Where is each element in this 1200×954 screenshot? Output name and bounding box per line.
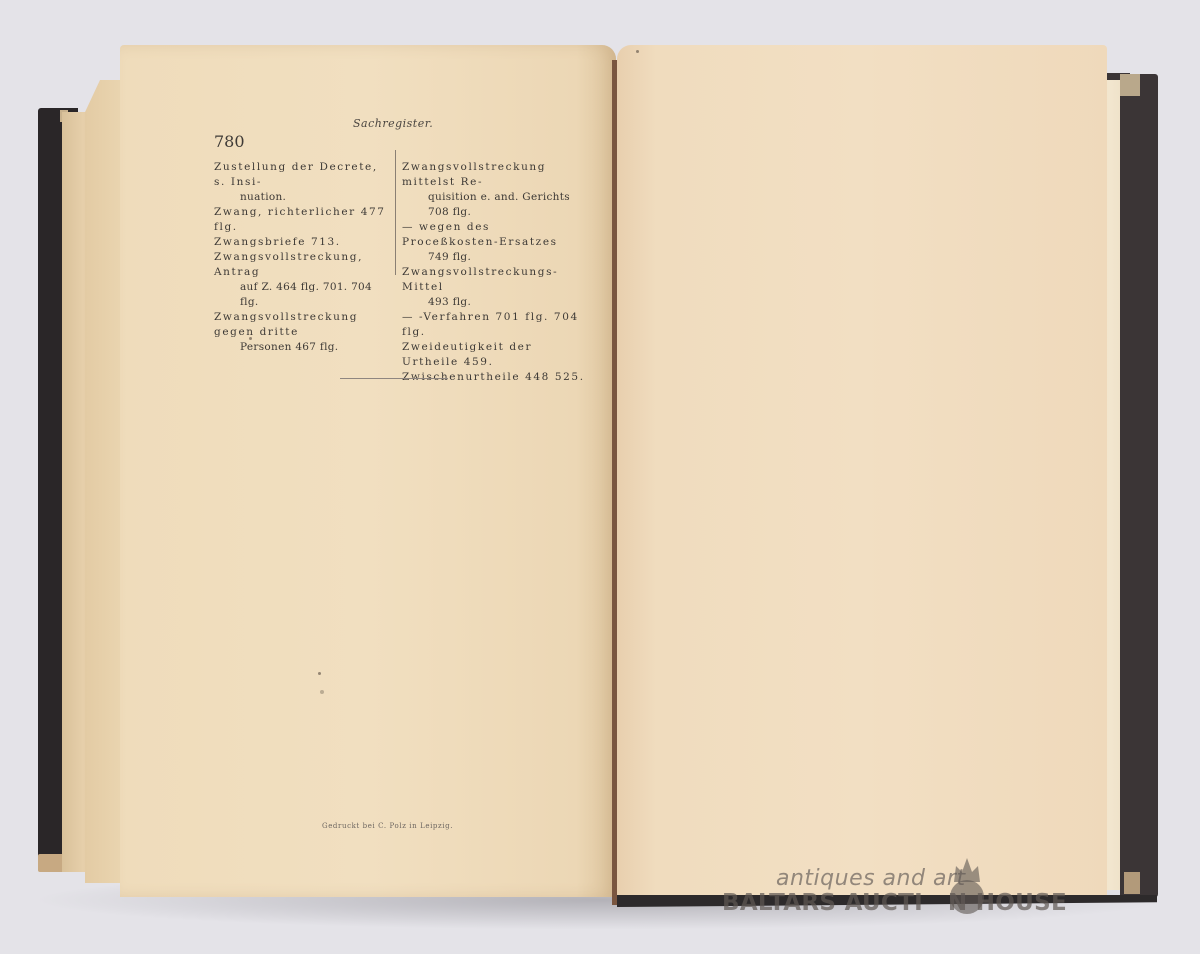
end-rule bbox=[340, 378, 448, 379]
watermark-brand: BALTARS AUCTI N HOUSE bbox=[722, 890, 1067, 916]
entry-continuation: 749 flg. bbox=[402, 250, 588, 265]
index-column-left: Zustellung der Decrete, s. Insi- nuation… bbox=[214, 160, 390, 355]
entry-head: Zwangsvollstreckung mittelst Re- bbox=[402, 161, 546, 188]
column-divider bbox=[395, 150, 396, 275]
entry-continuation: Personen 467 flg. bbox=[214, 340, 390, 355]
index-entry: Zwangsvollstreckung gegen dritte Persone… bbox=[214, 310, 390, 355]
entry-head: — -Verfahren 701 flg. 704 flg. bbox=[402, 311, 579, 338]
paper-speck bbox=[249, 337, 252, 340]
paper-speck bbox=[636, 50, 639, 53]
right-page-blank bbox=[617, 45, 1107, 902]
index-entry: Zweideutigkeit der Urtheile 459. bbox=[402, 340, 588, 370]
index-entry: Zwangsvollstreckung, Antrag auf Z. 464 f… bbox=[214, 250, 390, 310]
running-head: Sachregister. bbox=[353, 117, 433, 130]
printer-imprint: Gedruckt bei C. Polz in Leipzig. bbox=[322, 822, 453, 830]
entry-continuation: quisition e. and. Gerichts 708 flg. bbox=[402, 190, 588, 220]
index-entry: — wegen des Proceßkosten-Ersatzes 749 fl… bbox=[402, 220, 588, 265]
worn-corner bbox=[38, 854, 64, 872]
book-gutter bbox=[612, 60, 617, 905]
paper-speck bbox=[320, 690, 324, 694]
entry-head: Zweideutigkeit der Urtheile 459. bbox=[402, 341, 532, 368]
index-entry: Zustellung der Decrete, s. Insi- nuation… bbox=[214, 160, 390, 205]
entry-head: Zwangsbriefe 713. bbox=[214, 236, 341, 248]
index-entry: Zwangsbriefe 713. bbox=[214, 235, 390, 250]
entry-head: Zwischenurtheile 448 525. bbox=[402, 371, 585, 383]
index-column-right: Zwangsvollstreckung mittelst Re- quisiti… bbox=[402, 160, 588, 385]
watermark-tagline: antiques and art bbox=[776, 866, 966, 891]
entry-head: Zwang, richterlicher 477 flg. bbox=[214, 206, 386, 233]
worn-corner bbox=[1120, 74, 1140, 96]
entry-head: Zwangsvollstreckungs-Mittel bbox=[402, 266, 558, 293]
entry-head: Zwangsvollstreckung gegen dritte bbox=[214, 311, 358, 338]
entry-continuation: nuation. bbox=[214, 190, 390, 205]
entry-head: — wegen des Proceßkosten-Ersatzes bbox=[402, 221, 558, 248]
book-cover-right bbox=[1120, 74, 1158, 898]
page-number: 780 bbox=[214, 132, 245, 151]
index-entry: Zwangsvollstreckungs-Mittel 493 flg. bbox=[402, 265, 588, 310]
index-entry: — -Verfahren 701 flg. 704 flg. bbox=[402, 310, 588, 340]
entry-head: Zustellung der Decrete, s. Insi- bbox=[214, 161, 378, 188]
index-entry: Zwangsvollstreckung mittelst Re- quisiti… bbox=[402, 160, 588, 220]
entry-continuation: auf Z. 464 flg. 701. 704 flg. bbox=[214, 280, 390, 310]
paper-speck bbox=[318, 672, 321, 675]
worn-corner bbox=[1124, 872, 1140, 894]
index-entry: Zwang, richterlicher 477 flg. bbox=[214, 205, 390, 235]
entry-continuation: 493 flg. bbox=[402, 295, 588, 310]
entry-head: Zwangsvollstreckung, Antrag bbox=[214, 251, 363, 278]
